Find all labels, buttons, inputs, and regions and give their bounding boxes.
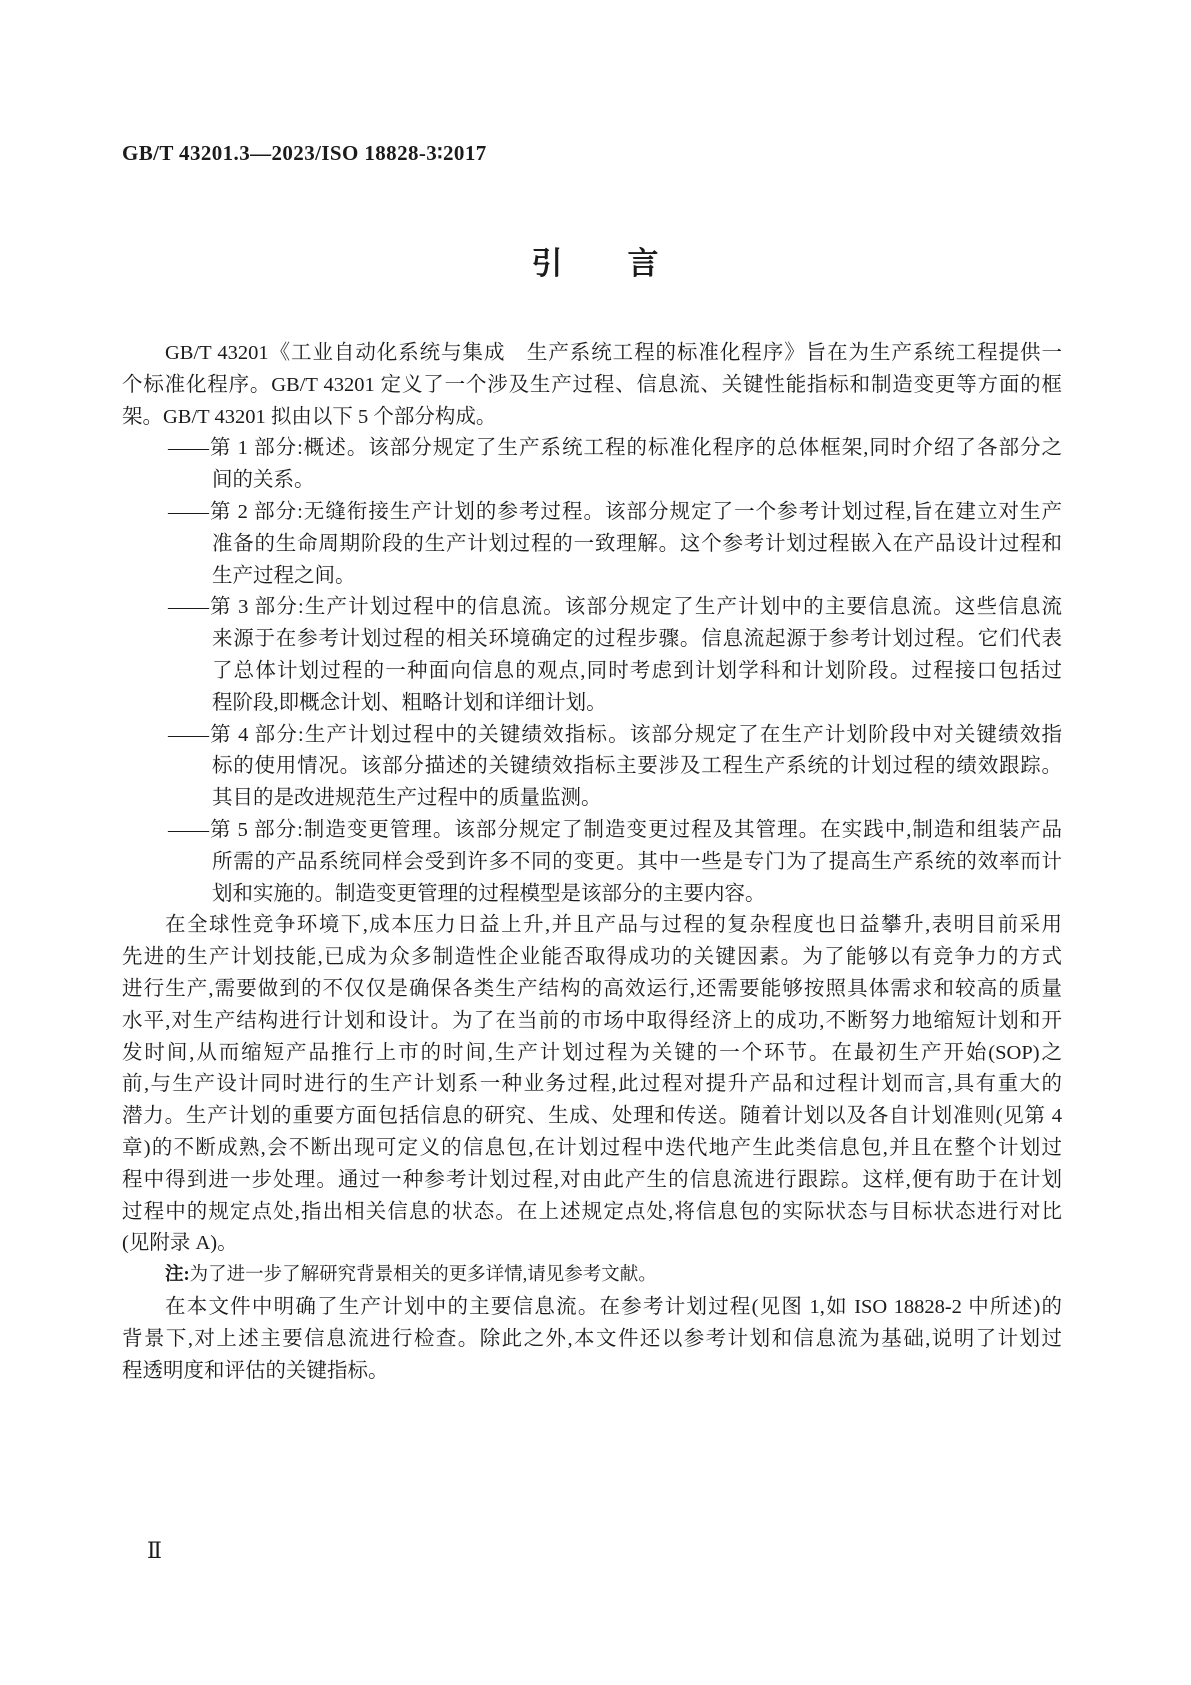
paragraph-line: 个标准化程序。GB/T 43201 定义了一个涉及生产过程、信息流、关键性能指标… xyxy=(122,370,1062,402)
paragraph-line: 水平,对生产结构进行计划和设计。为了在当前的市场中取得经济上的成功,不断努力地缩… xyxy=(122,1006,1062,1038)
page-number: Ⅱ xyxy=(147,1538,162,1564)
list-item-line: 划和实施的。制造变更管理的过程模型是该部分的主要内容。 xyxy=(122,879,1062,911)
paragraph-line: GB/T 43201《工业自动化系统与集成 生产系统工程的标准化程序》旨在为生产… xyxy=(122,338,1062,370)
paragraph-line: 背景下,对上述主要信息流进行检查。除此之外,本文件还以参考计划和信息流为基础,说… xyxy=(122,1324,1062,1356)
list-item-line: 所需的产品系统同样会受到许多不同的变更。其中一些是专门为了提高生产系统的效率而计 xyxy=(122,847,1062,879)
list-item-line: ——第 3 部分:生产计划过程中的信息流。该部分规定了生产计划中的主要信息流。这… xyxy=(122,592,1062,624)
paragraph-line: 进行生产,需要做到的不仅仅是确保各类生产结构的高效运行,还需要能够按照具体需求和… xyxy=(122,974,1062,1006)
list-item-line: 来源于在参考计划过程的相关环境确定的过程步骤。信息流起源于参考计划过程。它们代表 xyxy=(122,624,1062,656)
list-item-line: 间的关系。 xyxy=(122,465,1062,497)
paragraph-line: 过程中的规定点处,指出相关信息的状态。在上述规定点处,将信息包的实际状态与目标状… xyxy=(122,1197,1062,1229)
paragraph-line: 架。GB/T 43201 拟由以下 5 个部分构成。 xyxy=(122,402,1062,434)
list-item-line: 生产过程之间。 xyxy=(122,561,1062,593)
paragraph-line: 发时间,从而缩短产品推行上市的时间,生产计划过程为关键的一个环节。在最初生产开始… xyxy=(122,1038,1062,1070)
list-item-line: 程阶段,即概念计划、粗略计划和详细计划。 xyxy=(122,688,1062,720)
paragraph-line: 在本文件中明确了生产计划中的主要信息流。在参考计划过程(见图 1,如 ISO 1… xyxy=(122,1292,1062,1324)
list-item-line: ——第 1 部分:概述。该部分规定了生产系统工程的标准化程序的总体框架,同时介绍… xyxy=(122,433,1062,465)
list-item-line: ——第 4 部分:生产计划过程中的关键绩效指标。该部分规定了在生产计划阶段中对关… xyxy=(122,720,1062,752)
document-page: GB/T 43201.3—2023/ISO 18828-3∶2017 引 言 G… xyxy=(0,0,1191,1685)
note-text: 为了进一步了解研究背景相关的更多详情,请见参考文献。 xyxy=(190,1265,657,1285)
list-item-line: 准备的生命周期阶段的生产计划过程的一致理解。这个参考计划过程嵌入在产品设计过程和 xyxy=(122,529,1062,561)
paragraph-line: 程透明度和评估的关键指标。 xyxy=(122,1356,1062,1388)
paragraph-line: (见附录 A)。 xyxy=(122,1228,1062,1260)
paragraph-line: 章)的不断成熟,会不断出现可定义的信息包,在计划过程中迭代地产生此类信息包,并且… xyxy=(122,1133,1062,1165)
body-text: GB/T 43201《工业自动化系统与集成 生产系统工程的标准化程序》旨在为生产… xyxy=(122,338,1062,1387)
list-item-line: 了总体计划过程的一种面向信息的观点,同时考虑到计划学科和计划阶段。过程接口包括过 xyxy=(122,656,1062,688)
note-label: 注: xyxy=(165,1265,190,1285)
paragraph-line: 前,与生产设计同时进行的生产计划系一种业务过程,此过程对提升产品和过程计划而言,… xyxy=(122,1069,1062,1101)
list-item-line: 其目的是改进规范生产过程中的质量监测。 xyxy=(122,783,1062,815)
page-title: 引 言 xyxy=(0,238,1191,283)
paragraph-line: 先进的生产计划技能,已成为众多制造性企业能否取得成功的关键因素。为了能够以有竞争… xyxy=(122,942,1062,974)
list-item-line: ——第 5 部分:制造变更管理。该部分规定了制造变更过程及其管理。在实践中,制造… xyxy=(122,815,1062,847)
paragraph-line: 潜力。生产计划的重要方面包括信息的研究、生成、处理和传送。随着计划以及各自计划准… xyxy=(122,1101,1062,1133)
paragraph-line: 在全球性竞争环境下,成本压力日益上升,并且产品与过程的复杂程度也日益攀升,表明目… xyxy=(122,910,1062,942)
list-item-line: ——第 2 部分:无缝衔接生产计划的参考过程。该部分规定了一个参考计划过程,旨在… xyxy=(122,497,1062,529)
note-line: 注:为了进一步了解研究背景相关的更多详情,请见参考文献。 xyxy=(122,1260,1062,1292)
list-item-line: 标的使用情况。该部分描述的关键绩效指标主要涉及工程生产系统的计划过程的绩效跟踪。 xyxy=(122,751,1062,783)
standard-number: GB/T 43201.3—2023/ISO 18828-3∶2017 xyxy=(122,141,487,166)
paragraph-line: 程中得到进一步处理。通过一种参考计划过程,对由此产生的信息流进行跟踪。这样,便有… xyxy=(122,1165,1062,1197)
